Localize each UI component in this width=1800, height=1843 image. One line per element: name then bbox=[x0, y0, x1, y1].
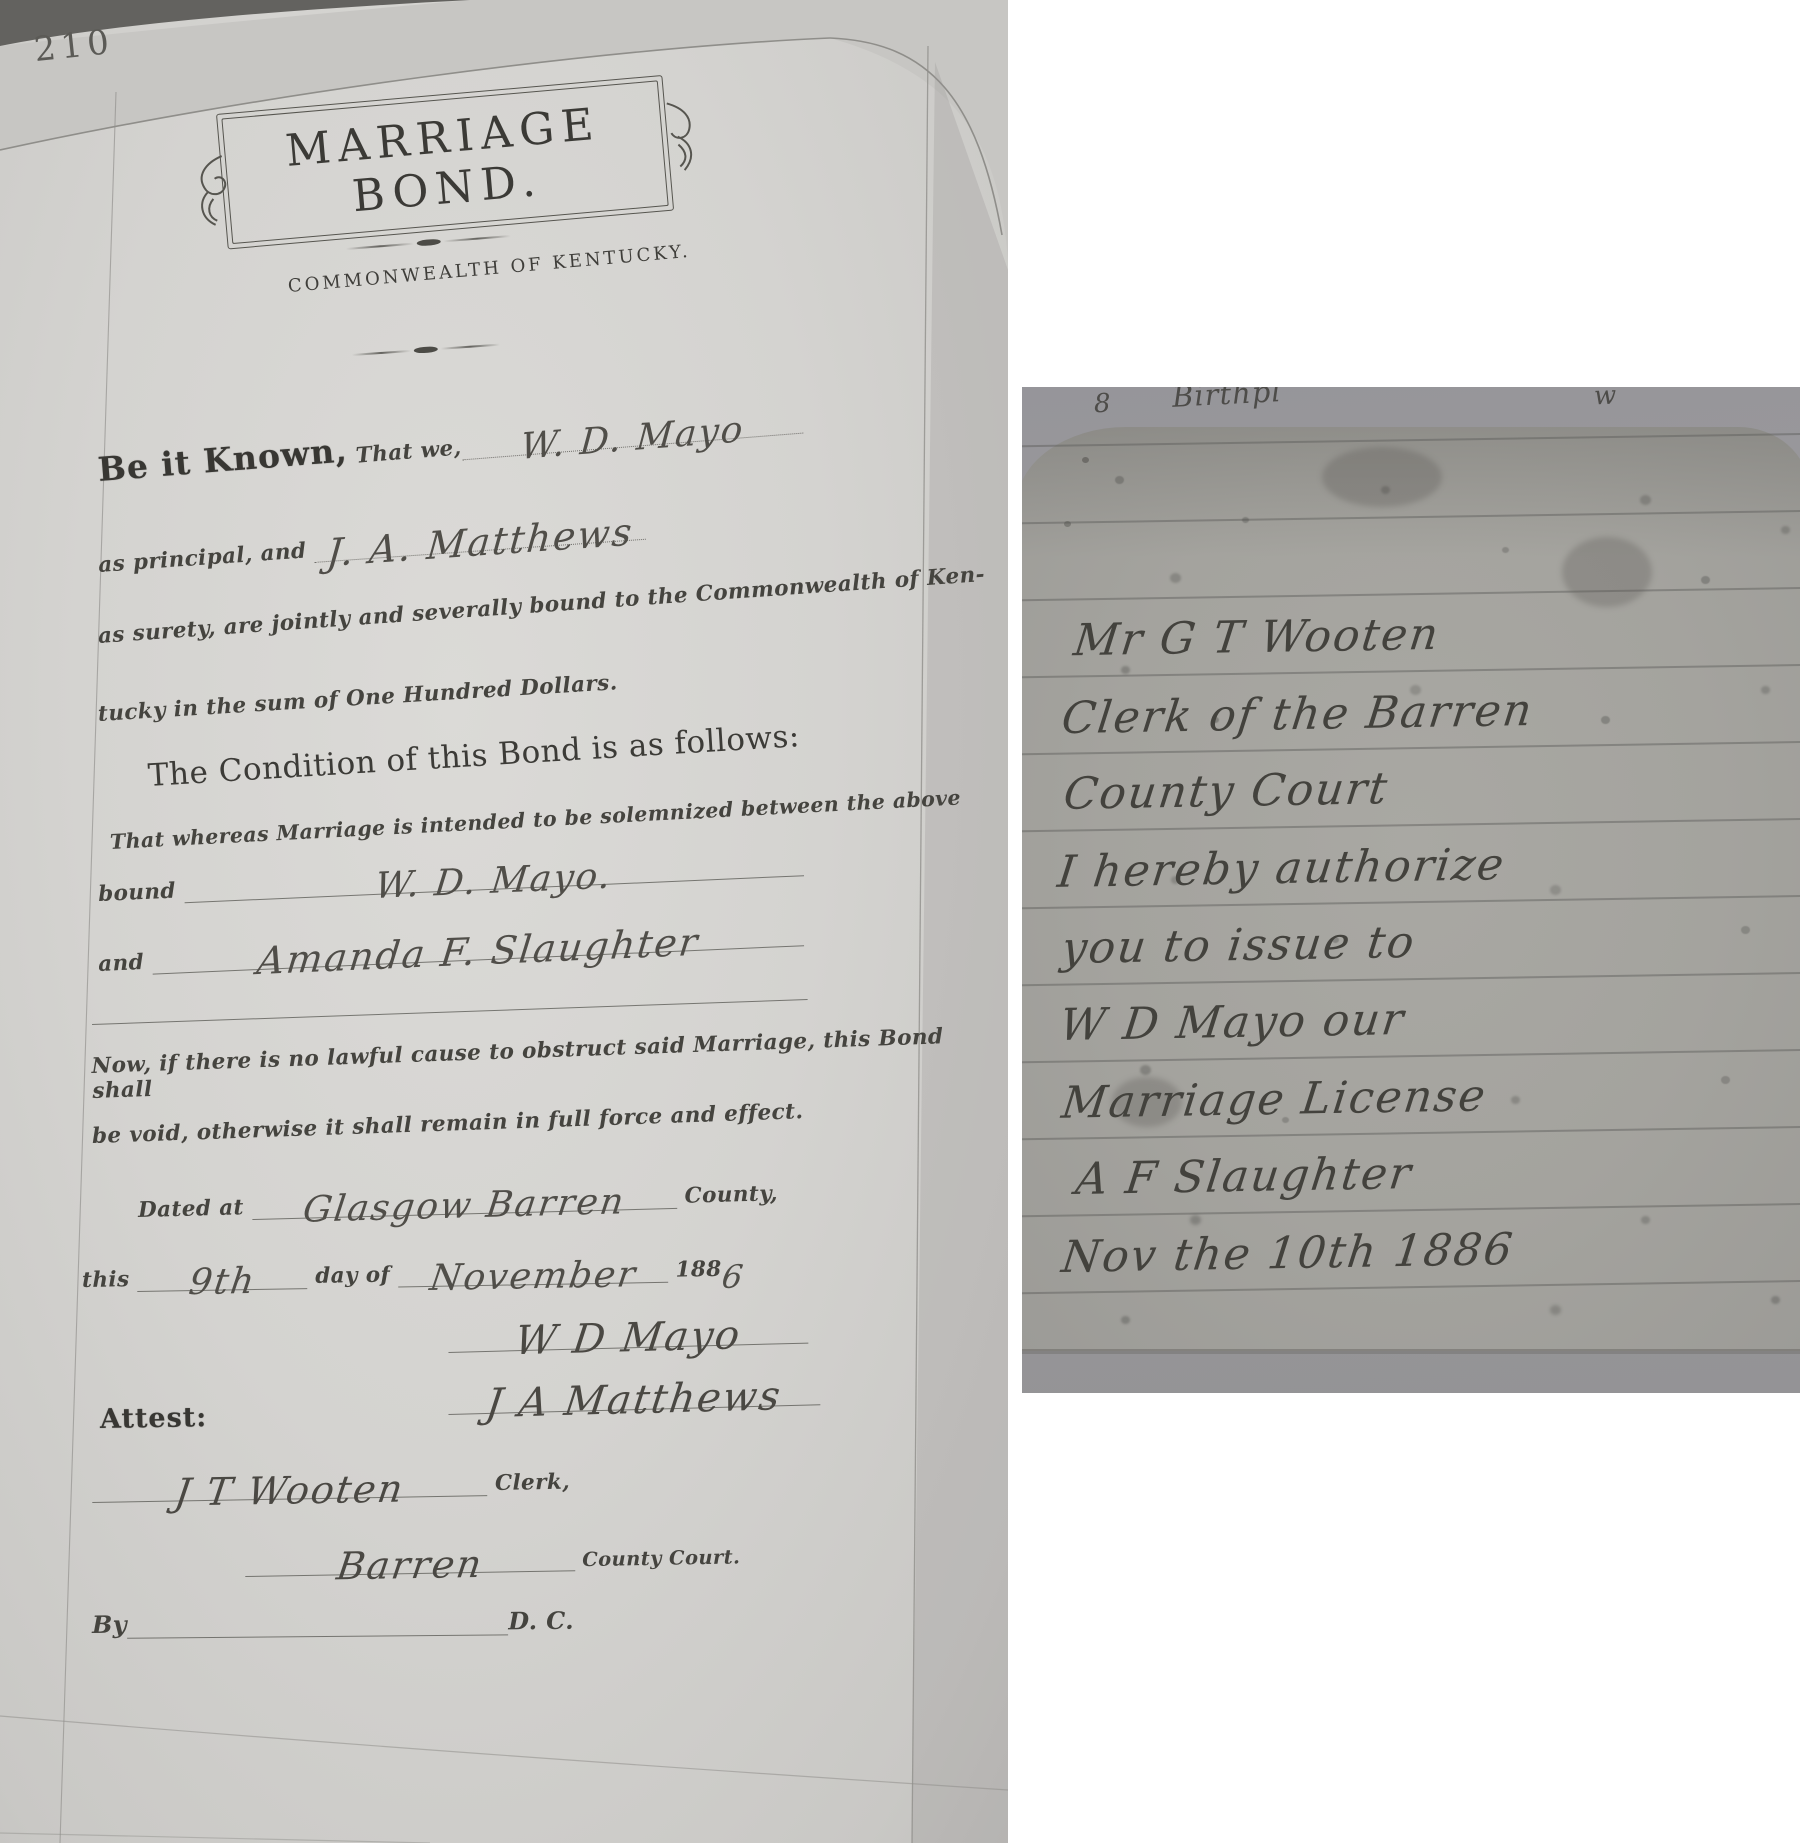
month-handwriting: November bbox=[427, 1259, 638, 1295]
note-line: A F Slaughter bbox=[1073, 1148, 1416, 1205]
year-printed-label: 188 bbox=[667, 1257, 721, 1283]
bound-label: bound bbox=[98, 879, 185, 908]
note-line: Marriage License bbox=[1059, 1070, 1490, 1129]
month-line: November bbox=[398, 1250, 668, 1288]
groom-name-handwriting: W. D. Mayo. bbox=[373, 860, 614, 903]
composite-scan: 210 MARRIAGE BOND. COMMONWEALTH OF KENTU… bbox=[0, 0, 1800, 1843]
page-number: 210 bbox=[32, 22, 116, 70]
day-handwriting: 9th bbox=[187, 1266, 258, 1300]
county-court-label: County Court. bbox=[575, 1546, 741, 1572]
by-label: By bbox=[92, 1610, 127, 1639]
page-right-fold-shade bbox=[912, 62, 1008, 1843]
bottom-rule-1 bbox=[0, 1716, 1008, 1790]
clerk-signature-line: J T Wooten bbox=[92, 1461, 488, 1503]
banner-ornament-right-icon bbox=[660, 94, 707, 175]
note-line: County Court bbox=[1061, 763, 1392, 820]
day-line: 9th bbox=[137, 1256, 308, 1292]
attest-label: Attest: bbox=[100, 1402, 208, 1435]
note-line: I hereby authorize bbox=[1055, 839, 1508, 898]
county-name-handwriting: Barren bbox=[335, 1547, 486, 1584]
stain-blotch bbox=[1322, 447, 1442, 507]
note-line: Nov the 10th 1886 bbox=[1059, 1224, 1517, 1283]
note-line: Mr G T Wooten bbox=[1071, 609, 1443, 667]
county-name-line: Barren bbox=[245, 1536, 576, 1577]
marriage-bond-page-photo: 210 MARRIAGE BOND. COMMONWEALTH OF KENTU… bbox=[0, 0, 1008, 1843]
bottom-rule-2 bbox=[0, 1833, 430, 1843]
note-line: Clerk of the Barren bbox=[1059, 685, 1536, 744]
foxing-speckles bbox=[1082, 457, 1089, 463]
surety-signature-handwriting: J A Matthews bbox=[484, 1378, 784, 1422]
dated-place-handwriting: Glasgow Barren bbox=[301, 1186, 627, 1227]
deputy-clerk-label: D. C. bbox=[508, 1606, 574, 1636]
this-label: this bbox=[82, 1267, 138, 1293]
clerk-note-photo: 8 Birthpl w Mr G T Wooten Clerk of the B… bbox=[1022, 387, 1800, 1393]
day-of-label: day of bbox=[307, 1263, 398, 1290]
deputy-clerk-row: By D. C. bbox=[92, 1606, 574, 1639]
ledger-header-number: 8 bbox=[1093, 389, 1111, 420]
clerk-signature-handwriting: J T Wooten bbox=[173, 1472, 407, 1510]
ledger-header-word: Birthpl bbox=[1171, 387, 1282, 414]
note-line: you to issue to bbox=[1059, 917, 1419, 974]
stain-blotch bbox=[1562, 537, 1652, 607]
dated-at-label: Dated at bbox=[138, 1195, 252, 1223]
and-label: and bbox=[98, 950, 153, 977]
attest-row: Attest: bbox=[100, 1402, 208, 1435]
note-line: W D Mayo our bbox=[1057, 994, 1408, 1051]
banner-ornament-left-icon bbox=[185, 147, 236, 231]
groom-signature-handwriting: W D Mayo bbox=[513, 1317, 744, 1359]
clerk-label: Clerk, bbox=[487, 1470, 570, 1496]
county-suffix-label: County, bbox=[676, 1182, 778, 1210]
year-digit-handwriting: 6 bbox=[720, 1262, 746, 1291]
ledger-header-fragment: w bbox=[1593, 387, 1616, 411]
